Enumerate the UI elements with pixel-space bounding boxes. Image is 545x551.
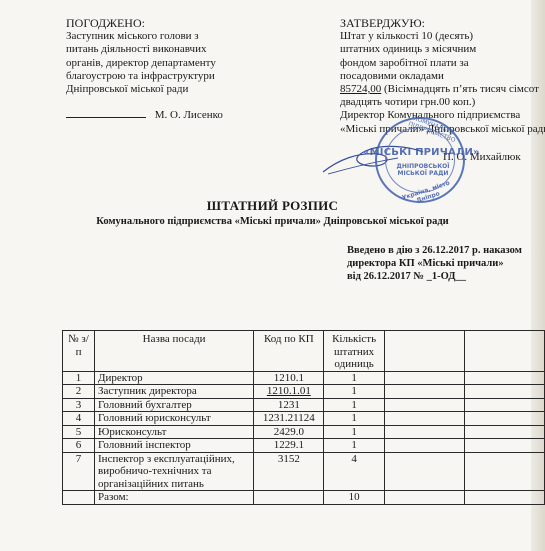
order-info: Введено в дію з 26.12.2017 р. наказом ди… <box>347 244 522 284</box>
approval-left-block: ПОГОДЖЕНО: Заступник міського голови з п… <box>66 17 271 122</box>
cell-empty <box>464 491 544 505</box>
cell-code: 1210.1.01 <box>254 385 324 399</box>
document-subtitle: Комунального підприємства «Міські причал… <box>0 216 545 227</box>
salary-fund-amount: 85724,00 <box>340 83 381 95</box>
header-extra-2 <box>464 331 544 372</box>
stamp-sub-line: МІСЬКОЇ РАДИ <box>393 170 453 177</box>
approval-right-line: фондом заробітної плати за <box>340 57 545 70</box>
cell-num: 4 <box>63 412 95 426</box>
approval-right-line: Штат у кількості 10 (десять) <box>340 30 545 43</box>
approval-right-line: штатних одиниць з місячним <box>340 43 545 56</box>
approval-right-amount-line: 85724,00 (Вісімнадцять п’ять тисяч сімсо… <box>340 83 545 96</box>
document-title: ШТАТНИЙ РОЗПИС <box>0 198 545 214</box>
cell-qty: 1 <box>324 398 384 412</box>
cell-code: 1229.1 <box>254 439 324 453</box>
header-name: Назва посади <box>95 331 254 372</box>
header-num: № з/п <box>63 331 95 372</box>
cell-empty <box>464 385 544 399</box>
cell-empty <box>384 412 464 426</box>
table-row: 6 Головний інспектор 1229.1 1 <box>63 439 545 453</box>
cell-empty <box>254 491 324 505</box>
cell-code: 1210.1 <box>254 371 324 385</box>
cell-empty <box>464 398 544 412</box>
cell-qty: 1 <box>324 412 384 426</box>
cell-qty: 1 <box>324 439 384 453</box>
cell-num: 2 <box>63 385 95 399</box>
table-row: 2 Заступник директора 1210.1.01 1 <box>63 385 545 399</box>
signature-line <box>66 108 146 118</box>
cell-name: Головний юрисконсульт <box>95 412 254 426</box>
approval-left-line: благоустрою та інфраструктури <box>66 70 271 83</box>
header-code: Код по КП <box>254 331 324 372</box>
stamp-sub-line: ДНІПРОВСЬКОЇ <box>393 163 453 170</box>
approval-left-line: Заступник міського голови з <box>66 30 271 43</box>
table-row: 3 Головний бухгалтер 1231 1 <box>63 398 545 412</box>
header-qty: Кількість штатних одиниць <box>324 331 384 372</box>
approval-left-line: органів, директор департаменту <box>66 57 271 70</box>
staff-table: № з/п Назва посади Код по КП Кількість ш… <box>62 330 545 505</box>
approval-left-heading: ПОГОДЖЕНО: <box>66 17 271 30</box>
table-row: 7 Інспектор з експлуатаційних, виробничо… <box>63 452 545 491</box>
total-label: Разом: <box>95 491 254 505</box>
order-line: від 26.12.2017 № _1-ОД__ <box>347 270 522 283</box>
cell-empty <box>464 425 544 439</box>
table-row: 1 Директор 1210.1 1 <box>63 371 545 385</box>
official-stamp: КОМУНАЛЬНЕ ПІДПРИЄМСТВО «МІСЬКІ ПРИЧАЛИ»… <box>375 117 465 203</box>
approval-right-heading: ЗАТВЕРДЖУЮ: <box>340 17 545 30</box>
table-row: 5 Юрисконсульт 2429.0 1 <box>63 425 545 439</box>
cell-code: 2429.0 <box>254 425 324 439</box>
cell-num: 3 <box>63 398 95 412</box>
cell-code: 3152 <box>254 452 324 491</box>
table-total-row: Разом: 10 <box>63 491 545 505</box>
approval-left-line: Дніпровської міської ради <box>66 83 271 96</box>
cell-empty <box>464 439 544 453</box>
approval-left-signatory: М. О. Лисенко <box>155 109 223 121</box>
stamp-subtext: ДНІПРОВСЬКОЇ МІСЬКОЇ РАДИ <box>393 163 453 177</box>
cell-num: 5 <box>63 425 95 439</box>
table-row: 4 Головний юрисконсульт 1231.21124 1 <box>63 412 545 426</box>
approval-right-line: посадовими окладами <box>340 70 545 83</box>
amount-words-continued: двадцять чотири грн.00 коп.) <box>340 96 545 109</box>
header-extra-1 <box>384 331 464 372</box>
cell-empty <box>384 385 464 399</box>
cell-name: Інспектор з експлуатаційних, виробничо-т… <box>95 452 254 491</box>
cell-num: 1 <box>63 371 95 385</box>
cell-code: 1231.21124 <box>254 412 324 426</box>
cell-name: Юрисконсульт <box>95 425 254 439</box>
cell-qty: 1 <box>324 385 384 399</box>
cell-qty: 4 <box>324 452 384 491</box>
cell-code: 1231 <box>254 398 324 412</box>
cell-empty <box>384 371 464 385</box>
cell-name: Головний інспектор <box>95 439 254 453</box>
cell-empty <box>63 491 95 505</box>
cell-num: 6 <box>63 439 95 453</box>
cell-name: Головний бухгалтер <box>95 398 254 412</box>
cell-empty <box>464 412 544 426</box>
total-qty: 10 <box>324 491 384 505</box>
cell-empty <box>464 371 544 385</box>
cell-qty: 1 <box>324 425 384 439</box>
cell-empty <box>464 452 544 491</box>
cell-empty <box>384 452 464 491</box>
cell-empty <box>384 425 464 439</box>
stamp-name: «МІСЬКІ ПРИЧАЛИ» <box>363 147 480 158</box>
cell-name: Директор <box>95 371 254 385</box>
cell-num: 7 <box>63 452 95 491</box>
cell-qty: 1 <box>324 371 384 385</box>
cell-empty <box>384 398 464 412</box>
order-line: директора КП «Міські причали» <box>347 257 522 270</box>
order-line: Введено в дію з 26.12.2017 р. наказом <box>347 244 522 257</box>
cell-empty <box>384 491 464 505</box>
amount-words: (Вісімнадцять п’ять тисяч сімсот <box>381 83 539 95</box>
director-position: Директор Комунального підприємства <box>340 109 545 122</box>
approval-left-signature-row: М. О. Лисенко <box>66 108 271 122</box>
cell-name: Заступник директора <box>95 385 254 399</box>
table-header-row: № з/п Назва посади Код по КП Кількість ш… <box>63 331 545 372</box>
approval-left-line: питань діяльності виконавчих <box>66 43 271 56</box>
cell-empty <box>384 439 464 453</box>
